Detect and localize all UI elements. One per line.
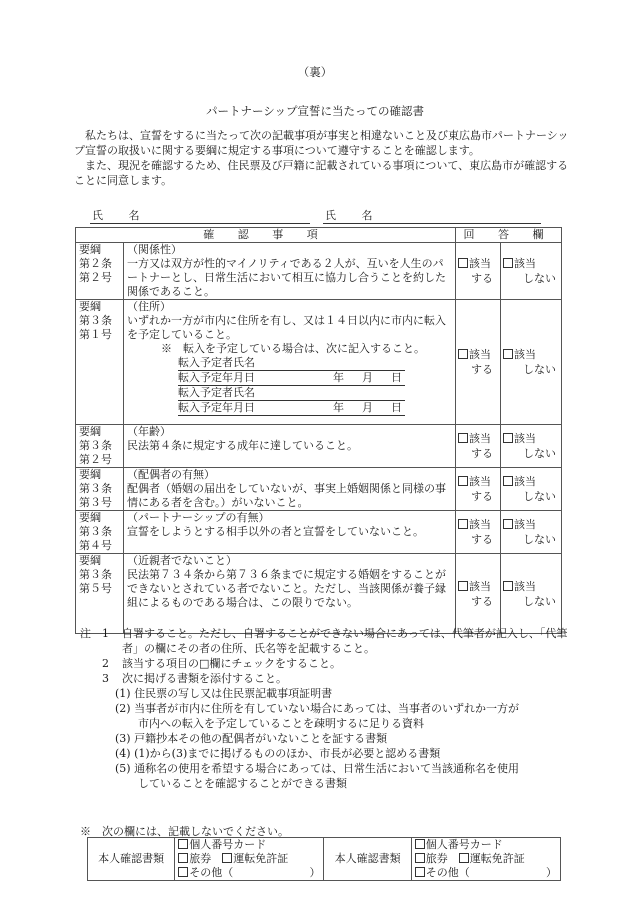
ref-line: 第３号 <box>79 496 120 510</box>
answer-no-cell[interactable]: 該当 しない <box>501 554 562 634</box>
row-text: 民法第７３４条から第７３６条までに規定する婚姻をすることができないとされている者… <box>127 568 452 610</box>
checkbox-icon[interactable] <box>458 476 468 486</box>
option-label: その他（ <box>189 866 233 879</box>
answer-no-cell[interactable]: 該当 しない <box>501 300 562 425</box>
year-label: 年 <box>333 371 362 385</box>
row-ref: 要綱 第３条 第３号 <box>76 468 124 511</box>
row-ref: 要綱 第３条 第５号 <box>76 554 124 634</box>
answer-yes-sub: する <box>458 594 498 609</box>
doc-number: (1) <box>115 687 131 700</box>
note-number: 3 <box>102 671 122 686</box>
answer-no-cell[interactable]: 該当 しない <box>501 468 562 511</box>
table-row: 要綱 第３条 第５号 （近親者でないこと） 民法第７３４条から第７３６条までに規… <box>76 554 562 634</box>
name-field-1[interactable]: 氏 名 <box>90 208 310 224</box>
day-label: 日 <box>391 401 405 415</box>
row-content: （配偶者の有無） 配偶者（婚姻の届出をしていないが、事実上婚姻関係と同様の事情に… <box>124 468 456 511</box>
answer-no-label: 該当 <box>514 432 536 445</box>
answer-no-sub: しない <box>503 271 559 286</box>
checkbox-icon[interactable] <box>178 839 188 849</box>
answer-no-label: 該当 <box>514 257 536 270</box>
table-row: 要綱 第３条 第２号 （年齢） 民法第４条に規定する成年に達していること。 該当… <box>76 425 562 468</box>
table-header-row: 確 認 事 項 回 答 欄 <box>76 228 562 243</box>
row-text: いずれか一方が市内に住所を有し、又は１４日以内に市内に転入を予定していること。 <box>127 314 452 342</box>
ref-line: 第３条 <box>79 525 120 539</box>
answer-yes-cell[interactable]: 該当 する <box>456 511 501 554</box>
checkbox-icon[interactable] <box>222 853 232 863</box>
name-field-2[interactable]: 氏 名 <box>323 208 541 224</box>
answer-yes-cell[interactable]: 該当 する <box>456 425 501 468</box>
intro-text: 私たちは、宣誓をするに当たって次の記載事項が事実と相違ないこと及び東広島市パート… <box>74 128 574 188</box>
answer-no-sub: しない <box>503 446 559 461</box>
ref-line: 第３条 <box>79 568 120 582</box>
intro-paragraph-1: 私たちは、宣誓をするに当たって次の記載事項が事実と相違ないこと及び東広島市パート… <box>74 128 574 158</box>
note-item: 2 該当する項目の□欄にチェックをすること。 <box>80 656 570 671</box>
document-item: (4) (1)から(3)までに掲げるもののほか、市長が必要と認める書類 <box>80 746 570 761</box>
doc-number: (4) <box>115 747 131 760</box>
doc-text: (1)から(3)までに掲げるもののほか、市長が必要と認める書類 <box>134 747 440 760</box>
note-text: 該当する項目の□欄にチェックをすること。 <box>122 656 341 671</box>
row-ref: 要綱 第３条 第４号 <box>76 511 124 554</box>
page-side-label: （裏） <box>0 64 630 80</box>
month-label: 月 <box>362 401 391 415</box>
office-use-row: 本人確認書類 個人番号カード 旅券 運転免許証 その他（） 本人確認書類 個人番… <box>88 838 561 881</box>
answer-no-label: 該当 <box>514 348 536 361</box>
doc-text: 当事者が市内に住所を有していない場合にあっては、当事者のいずれか一方が <box>134 702 519 715</box>
document-item-cont: していることを確認することができる書類 <box>80 776 570 791</box>
intro-paragraph-2: また、現況を確認するため、住民票及び戸籍に記載されている事項について、東広島市が… <box>74 158 574 188</box>
ref-line: 要綱 <box>79 300 120 314</box>
answer-no-cell[interactable]: 該当 しない <box>501 243 562 300</box>
answer-yes-cell[interactable]: 該当 する <box>456 554 501 634</box>
doc-text: 戸籍抄本その他の配偶者がいないことを証する書類 <box>134 732 387 745</box>
ref-line: 第３条 <box>79 439 120 453</box>
ref-line: 第２条 <box>79 257 120 271</box>
document-title: パートナーシップ宣誓に当たっての確認書 <box>0 103 630 119</box>
ref-line: 要綱 <box>79 554 120 568</box>
checkbox-icon[interactable] <box>503 258 513 268</box>
row-text: 宣誓をしようとする相手以外の者と宣誓をしていないこと。 <box>127 525 452 539</box>
answer-yes-label: 該当 <box>469 348 491 361</box>
answer-yes-cell[interactable]: 該当 する <box>456 468 501 511</box>
header-items: 確 認 事 項 <box>76 228 456 243</box>
paren-close: ） <box>546 866 557 880</box>
name-label-2: 氏 名 <box>323 209 384 222</box>
option-label: 運転免許証 <box>470 852 525 865</box>
move-in-name-field-2[interactable]: 転入予定者氏名 <box>178 386 405 401</box>
document-item: (5) 通称名の使用を希望する場合にあっては、日常生活において当該通称名を使用 <box>80 761 570 776</box>
row-heading: （配偶者の有無） <box>127 468 452 482</box>
doc-text: 通称名の使用を希望する場合にあっては、日常生活において当該通称名を使用 <box>134 762 519 775</box>
note-number: 1 <box>102 626 122 656</box>
answer-no-label: 該当 <box>514 475 536 488</box>
checkbox-icon[interactable] <box>503 519 513 529</box>
checkbox-icon[interactable] <box>415 867 425 877</box>
doc-number: (5) <box>115 762 131 775</box>
table-row: 要綱 第３条 第３号 （配偶者の有無） 配偶者（婚姻の届出をしていないが、事実上… <box>76 468 562 511</box>
row-heading: （関係性） <box>127 243 452 257</box>
name-label-1: 氏 名 <box>90 209 151 222</box>
ref-line: 要綱 <box>79 468 120 482</box>
ref-line: 第１号 <box>79 328 120 342</box>
year-label: 年 <box>333 401 362 415</box>
row-note: ※ 転入を予定している場合は、次に記入すること。 <box>127 342 452 356</box>
checkbox-icon[interactable] <box>503 581 513 591</box>
row-text: 一方又は双方が性的マイノリティである２人が、互いを人生のパートナーとし、日常生活… <box>127 257 452 299</box>
table-row: 要綱 第３条 第４号 （パートナーシップの有無） 宣誓をしようとする相手以外の者… <box>76 511 562 554</box>
answer-yes-label: 該当 <box>469 432 491 445</box>
id-doc-options-2: 個人番号カード 旅券 運転免許証 その他（） <box>411 838 560 881</box>
fill-label: 転入予定年月日 <box>178 371 255 385</box>
answer-yes-cell[interactable]: 該当 する <box>456 243 501 300</box>
answer-yes-label: 該当 <box>469 580 491 593</box>
option-label: 個人番号カード <box>426 838 503 851</box>
checkbox-icon[interactable] <box>458 519 468 529</box>
doc-text: 住民票の写し又は住民票記載事項証明書 <box>134 687 332 700</box>
notes-section: 注 1 自署すること。ただし、自署することができない場合にあっては、代筆者が記入… <box>80 626 570 791</box>
ref-line: 第３条 <box>79 482 120 496</box>
answer-no-sub: しない <box>503 489 559 504</box>
answer-yes-sub: する <box>458 489 498 504</box>
checkbox-icon[interactable] <box>458 433 468 443</box>
document-item: (1) 住民票の写し又は住民票記載事項証明書 <box>80 686 570 701</box>
answer-yes-sub: する <box>458 362 498 377</box>
answer-yes-sub: する <box>458 532 498 547</box>
note-item: 注 1 自署すること。ただし、自署することができない場合にあっては、代筆者が記入… <box>80 626 570 656</box>
ref-line: 要綱 <box>79 425 120 439</box>
move-in-date-field-2[interactable]: 転入予定年月日 年月日 <box>178 401 405 416</box>
fill-label: 転入予定年月日 <box>178 401 255 415</box>
checkbox-icon[interactable] <box>503 476 513 486</box>
fill-label: 転入予定者氏名 <box>178 356 255 370</box>
checkbox-icon[interactable] <box>415 853 425 863</box>
row-heading: （住所） <box>127 300 452 314</box>
day-label: 日 <box>391 371 405 385</box>
document-item: (2) 当事者が市内に住所を有していない場合にあっては、当事者のいずれか一方が <box>80 701 570 716</box>
id-doc-label-1: 本人確認書類 <box>88 838 175 881</box>
row-ref: 要綱 第３条 第２号 <box>76 425 124 468</box>
table-row: 要綱 第３条 第１号 （住所） いずれか一方が市内に住所を有し、又は１４日以内に… <box>76 300 562 425</box>
checkbox-icon[interactable] <box>458 581 468 591</box>
row-heading: （年齢） <box>127 425 452 439</box>
move-in-name-field-1[interactable]: 転入予定者氏名 <box>178 356 405 371</box>
paren-close: ） <box>309 866 320 880</box>
note-text: 次に掲げる書類を添付すること。 <box>122 671 287 686</box>
note-number: 2 <box>102 656 122 671</box>
row-ref: 要綱 第２条 第２号 <box>76 243 124 300</box>
confirmation-table: 確 認 事 項 回 答 欄 要綱 第２条 第２号 （関係性） 一方又は双方が性的… <box>75 227 562 634</box>
month-label: 月 <box>362 371 391 385</box>
row-content: （近親者でないこと） 民法第７３４条から第７３６条までに規定する婚姻をすることが… <box>124 554 456 634</box>
id-doc-options-1: 個人番号カード 旅券 運転免許証 その他（） <box>175 838 324 881</box>
office-use-table: 本人確認書類 個人番号カード 旅券 運転免許証 その他（） 本人確認書類 個人番… <box>87 837 561 881</box>
document-item: (3) 戸籍抄本その他の配偶者がいないことを証する書類 <box>80 731 570 746</box>
document-item-cont: 市内への転入を予定していることを疎明するに足りる資料 <box>80 716 570 731</box>
option-label: 旅券 <box>189 852 211 865</box>
id-doc-label-2: 本人確認書類 <box>324 838 411 881</box>
answer-no-label: 該当 <box>514 580 536 593</box>
answer-no-sub: しない <box>503 594 559 609</box>
checkbox-icon[interactable] <box>178 853 188 863</box>
ref-line: 第２号 <box>79 453 120 467</box>
row-content: （関係性） 一方又は双方が性的マイノリティである２人が、互いを人生のパートナーと… <box>124 243 456 300</box>
answer-no-sub: しない <box>503 362 559 377</box>
checkbox-icon[interactable] <box>178 867 188 877</box>
answer-yes-sub: する <box>458 446 498 461</box>
answer-yes-label: 該当 <box>469 475 491 488</box>
header-answer: 回 答 欄 <box>456 228 562 243</box>
row-text: 配偶者（婚姻の届出をしていないが、事実上婚姻関係と同様の事情にある者を含む。）が… <box>127 482 452 510</box>
doc-number: (3) <box>115 732 131 745</box>
answer-yes-label: 該当 <box>469 257 491 270</box>
checkbox-icon[interactable] <box>503 349 513 359</box>
row-heading: （パートナーシップの有無） <box>127 511 452 525</box>
answer-no-sub: しない <box>503 532 559 547</box>
move-in-fields: 転入予定者氏名 転入予定年月日 年月日 転入予定者氏名 転入予定年月日 年月日 <box>178 356 452 416</box>
row-ref: 要綱 第３条 第１号 <box>76 300 124 425</box>
ref-line: 第３条 <box>79 314 120 328</box>
ref-line: 要綱 <box>79 511 120 525</box>
answer-yes-sub: する <box>458 271 498 286</box>
option-label: 運転免許証 <box>233 852 288 865</box>
answer-no-label: 該当 <box>514 518 536 531</box>
checkbox-icon[interactable] <box>503 433 513 443</box>
doc-number: (2) <box>115 702 131 715</box>
answer-yes-label: 該当 <box>469 518 491 531</box>
row-content: （住所） いずれか一方が市内に住所を有し、又は１４日以内に市内に転入を予定してい… <box>124 300 456 425</box>
row-content: （年齢） 民法第４条に規定する成年に達していること。 <box>124 425 456 468</box>
note-item: 3 次に掲げる書類を添付すること。 <box>80 671 570 686</box>
option-label: その他（ <box>426 866 470 879</box>
ref-line: 要綱 <box>79 243 120 257</box>
checkbox-icon[interactable] <box>415 839 425 849</box>
notes-label: 注 <box>80 626 102 656</box>
answer-no-cell[interactable]: 該当 しない <box>501 425 562 468</box>
move-in-date-field-1[interactable]: 転入予定年月日 年月日 <box>178 371 405 386</box>
ref-line: 第５号 <box>79 582 120 596</box>
checkbox-icon[interactable] <box>458 349 468 359</box>
answer-no-cell[interactable]: 該当 しない <box>501 511 562 554</box>
ref-line: 第４号 <box>79 539 120 553</box>
ref-line: 第２号 <box>79 271 120 285</box>
row-content: （パートナーシップの有無） 宣誓をしようとする相手以外の者と宣誓をしていないこと… <box>124 511 456 554</box>
answer-yes-cell[interactable]: 該当 する <box>456 300 501 425</box>
checkbox-icon[interactable] <box>458 258 468 268</box>
row-text: 民法第４条に規定する成年に達していること。 <box>127 439 452 453</box>
fill-label: 転入予定者氏名 <box>178 386 255 400</box>
checkbox-icon[interactable] <box>459 853 469 863</box>
table-row: 要綱 第２条 第２号 （関係性） 一方又は双方が性的マイノリティである２人が、互… <box>76 243 562 300</box>
option-label: 個人番号カード <box>189 838 266 851</box>
note-text: 自署すること。ただし、自署することができない場合にあっては、代筆者が記入し、「代… <box>122 626 570 656</box>
row-heading: （近親者でないこと） <box>127 554 452 568</box>
option-label: 旅券 <box>426 852 448 865</box>
